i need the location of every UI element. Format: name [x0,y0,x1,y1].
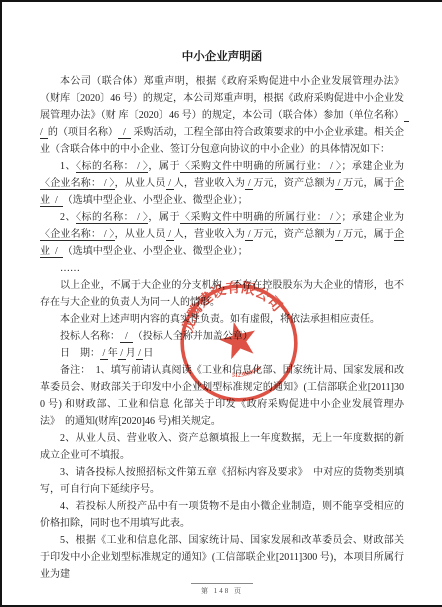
text-run: 年 [108,348,118,359]
paragraph: 4、若投标人所投产品中有一项货物不是由小微企业制造，则不能享受相应的价格扣除，同… [40,498,404,532]
text-run: ；承建企业为 [341,161,404,172]
text-run: 的（项目名称） [48,127,118,138]
paragraph: …… [40,260,404,277]
paragraph: 备注： 1、填写前请认真阅读《工业和信息化部、国家统计局、国家发展和改革委员会、… [40,362,404,430]
paragraph: 本企业对上述声明内容的真实性负责。如有虚假，将依法承担相应责任。 [40,311,404,328]
text-run: 2、 [60,212,76,223]
text-run: 2、从业人员、营业收入、资产总额填报上一年度数据，无上一年度数据的新成立企业可不… [40,433,404,461]
text-run: （投标人全称并加盖公章） [133,331,253,342]
text-run: 月 [126,348,136,359]
blank-slot: 〈采购文件中明确的所属行业： / 〉 [180,161,342,173]
document-title: 中小企业声明函 [40,48,404,66]
paragraph: 2、〈标的名称： / 〉，属于〈采购文件中明确的所属行业： / 〉；承建企业为〈… [40,209,404,260]
text-run: 日 [143,348,153,359]
text-run: ，属于 [148,212,180,223]
text-run: …… [60,263,80,274]
blank-slot: / [166,178,174,190]
paragraph: 2、从业人员、营业收入、资产总额填报上一年度数据，无上一年度数据的新成立企业可不… [40,430,404,464]
text-run: 备注： 1、填写前请认真阅读《工业和信息化部、国家统计局、国家发展和改革委员会、… [40,365,404,427]
text-run: 万元，属于 [343,229,394,240]
blank-slot: / [118,348,126,360]
text-run: 万元，属于 [343,178,394,189]
paragraph: 5、根据《工业和信息化部、国家统计局、国家发展和改革委员会、财政部关于印发中小企… [40,532,404,583]
text-run: 1、 [60,161,76,172]
text-run: 4、若投标人所投产品中有一项货物不是由小微企业制造，则不能享受相应的价格扣除，同… [40,501,404,529]
text-run: ；承建企业为 [341,212,404,223]
text-run: 日 期： [60,348,100,359]
paragraph: 3、请各投标人按照招标文件第五章《招标内容及要求》 中对应的货物类别填写，可自行… [40,464,404,498]
paragraph: 以上企业，不属于大企业的分支机构，不存在控股股东为大企业的情形，也不存在与大企业… [40,277,404,311]
text-run: 万元，资产总额为 [253,229,335,240]
paragraph: 本公司（联合体）郑重声明，根据《政府采购促进中小企业发展管理办法》（财库〔202… [40,73,404,158]
document-body: 本公司（联合体）郑重声明，根据《政府采购促进中小企业发展管理办法》（财库〔202… [40,73,404,583]
blank-slot: 〈采购文件中明确的所属行业： / 〉 [180,212,342,224]
paragraph: 日 期： / 年 / 月 / 日 [40,345,404,362]
blank-slot: / [100,348,108,360]
text-run: 人，营业收入为 [174,229,245,240]
document-page: 中小企业声明函 本公司（联合体）郑重声明，根据《政府采购促进中小企业发展管理办法… [0,0,442,607]
blank-slot: 〈企业名称： / 〉 [40,229,115,241]
text-run: 万元，资产总额为 [253,178,335,189]
text-run: 本企业对上述声明内容的真实性负责。如有虚假，将依法承担相应责任。 [60,314,380,325]
blank-slot: 〈标的名称： / 〉 [76,161,148,173]
page-footer: 第 148 页 [2,580,442,598]
text-run: （选填中型企业、小型企业、微型企业）； [63,195,248,206]
text-run: ，属于 [148,161,180,172]
blank-slot: / [335,178,343,190]
paragraph: 1、〈标的名称： / 〉，属于〈采购文件中明确的所属行业： / 〉；承建企业为〈… [40,158,404,209]
paragraph: 投标人名称： / （投标人全称并加盖公章） [40,328,404,345]
text-run: 3、请各投标人按照招标文件第五章《招标内容及要求》 中对应的货物类别填写，可自行… [40,467,404,495]
text-run: （选填中型企业、小型企业、微型企业）； [63,246,248,257]
text-run: 投标人名称： [60,331,120,342]
text-run: ，从业人员 [115,229,166,240]
blank-slot: 〈企业名称： / 〉 [40,178,115,190]
text-run: 5、根据《工业和信息化部、国家统计局、国家发展和改革委员会、财政部关于印发中小企… [40,535,404,580]
blank-slot: / [166,229,174,241]
text-run: 本公司（联合体）郑重声明，根据《政府采购促进中小企业发展管理办法》（财库〔202… [40,76,404,121]
blank-slot: / [118,127,131,139]
text-run: ，从业人员 [115,178,166,189]
text-run: 以上企业，不属于大企业的分支机构，不存在控股股东为大企业的情形，也不存在与大企业… [40,280,404,308]
blank-slot: 〈标的名称： / 〉 [76,212,148,224]
blank-slot: / [335,229,343,241]
page-number: 第 148 页 [191,583,253,596]
blank-slot: / [120,331,133,343]
text-run: 人，营业收入为 [174,178,245,189]
